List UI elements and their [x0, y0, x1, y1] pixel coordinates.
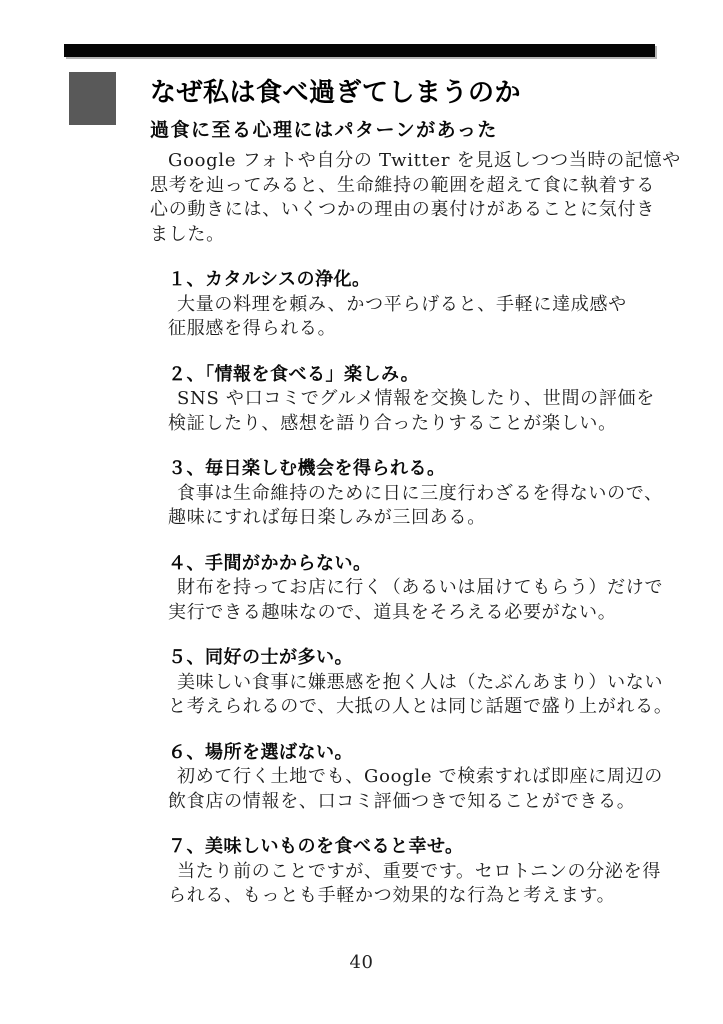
section-heading: ４、手間がかからない。 — [168, 552, 658, 577]
reason-section-4: ４、手間がかからない。 財布を持ってお店に行く（あるいは届けてもらう）だけで 実… — [168, 552, 658, 626]
text-line: SNS や口コミでグルメ情報を交換したり、世間の評価を — [168, 387, 658, 412]
section-heading: ２、「情報を食べる」楽しみ。 — [168, 363, 658, 388]
section-heading: ７、美味しいものを食べると幸せ。 — [168, 835, 658, 860]
intro-line: 心の動きには、いくつかの理由の裏付けがあることに気付き — [150, 198, 658, 223]
text-line: 財布を持ってお店に行く（あるいは届けてもらう）だけで — [168, 576, 658, 601]
intro-line: 思考を辿ってみると、生命維持の範囲を超えて食に執着する — [150, 174, 658, 199]
reason-section-7: ７、美味しいものを食べると幸せ。 当たり前のことですが、重要です。セロトニンの分… — [168, 835, 658, 909]
text-line: 征服感を得られる。 — [168, 317, 658, 342]
reason-section-5: ５、同好の士が多い。 美味しい食事に嫌悪感を抱く人は（たぶんあまり）いない と考… — [168, 646, 658, 720]
text-line: 実行できる趣味なので、道具をそろえる必要がない。 — [168, 601, 658, 626]
text-line: 初めて行く土地でも、Google で検索すれば即座に周辺の — [168, 765, 658, 790]
text-line: 当たり前のことですが、重要です。セロトニンの分泌を得 — [168, 860, 658, 885]
section-heading: ３、毎日楽しむ機会を得られる。 — [168, 457, 658, 482]
text-line: 検証したり、感想を語り合ったりすることが楽しい。 — [168, 412, 658, 437]
reason-section-1: １、カタルシスの浄化。 大量の料理を頼み、かつ平らげると、手軽に達成感や 征服感… — [168, 268, 658, 342]
document-page: なぜ私は食べ過ぎてしまうのか 過食に至る心理にはパターンがあった Google … — [0, 0, 723, 1024]
text-line: 大量の料理を頼み、かつ平らげると、手軽に達成感や — [168, 293, 658, 318]
section-body: 初めて行く土地でも、Google で検索すれば即座に周辺の 飲食店の情報を、口コ… — [168, 765, 658, 814]
text-line: 趣味にすれば毎日楽しみが三回ある。 — [168, 506, 658, 531]
reason-section-6: ６、場所を選ばない。 初めて行く土地でも、Google で検索すれば即座に周辺の… — [168, 741, 658, 815]
page-title: なぜ私は食べ過ぎてしまうのか — [150, 78, 658, 109]
page-subtitle: 過食に至る心理にはパターンがあった — [150, 119, 658, 142]
section-heading: １、カタルシスの浄化。 — [168, 268, 658, 293]
section-body: SNS や口コミでグルメ情報を交換したり、世間の評価を 検証したり、感想を語り合… — [168, 387, 658, 436]
section-heading: ５、同好の士が多い。 — [168, 646, 658, 671]
reason-list: １、カタルシスの浄化。 大量の料理を頼み、かつ平らげると、手軽に達成感や 征服感… — [168, 268, 658, 909]
section-body: 大量の料理を頼み、かつ平らげると、手軽に達成感や 征服感を得られる。 — [168, 293, 658, 342]
intro-line: ました。 — [150, 223, 658, 248]
top-rule-divider — [64, 44, 655, 57]
chapter-marker-square — [69, 72, 116, 125]
text-line: 美味しい食事に嫌悪感を抱く人は（たぶんあまり）いない — [168, 671, 658, 696]
section-heading: ６、場所を選ばない。 — [168, 741, 658, 766]
text-line: と考えられるので、大抵の人とは同じ話題で盛り上がれる。 — [168, 695, 658, 720]
page-number: 40 — [0, 952, 723, 973]
section-body: 食事は生命維持のために日に三度行わざるを得ないので、 趣味にすれば毎日楽しみが三… — [168, 482, 658, 531]
intro-paragraph: Google フォトや自分の Twitter を見返しつつ当時の記憶や 思考を辿… — [150, 149, 658, 247]
text-line: られる、もっとも手軽かつ効果的な行為と考えます。 — [168, 884, 658, 909]
section-body: 美味しい食事に嫌悪感を抱く人は（たぶんあまり）いない と考えられるので、大抵の人… — [168, 671, 658, 720]
text-line: 飲食店の情報を、口コミ評価つきで知ることができる。 — [168, 790, 658, 815]
text-column: なぜ私は食べ過ぎてしまうのか 過食に至る心理にはパターンがあった Google … — [150, 78, 658, 909]
section-body: 財布を持ってお店に行く（あるいは届けてもらう）だけで 実行できる趣味なので、道具… — [168, 576, 658, 625]
section-body: 当たり前のことですが、重要です。セロトニンの分泌を得 られる、もっとも手軽かつ効… — [168, 860, 658, 909]
reason-section-2: ２、「情報を食べる」楽しみ。 SNS や口コミでグルメ情報を交換したり、世間の評… — [168, 363, 658, 437]
intro-line: Google フォトや自分の Twitter を見返しつつ当時の記憶や — [150, 149, 658, 174]
reason-section-3: ３、毎日楽しむ機会を得られる。 食事は生命維持のために日に三度行わざるを得ないの… — [168, 457, 658, 531]
text-line: 食事は生命維持のために日に三度行わざるを得ないので、 — [168, 482, 658, 507]
